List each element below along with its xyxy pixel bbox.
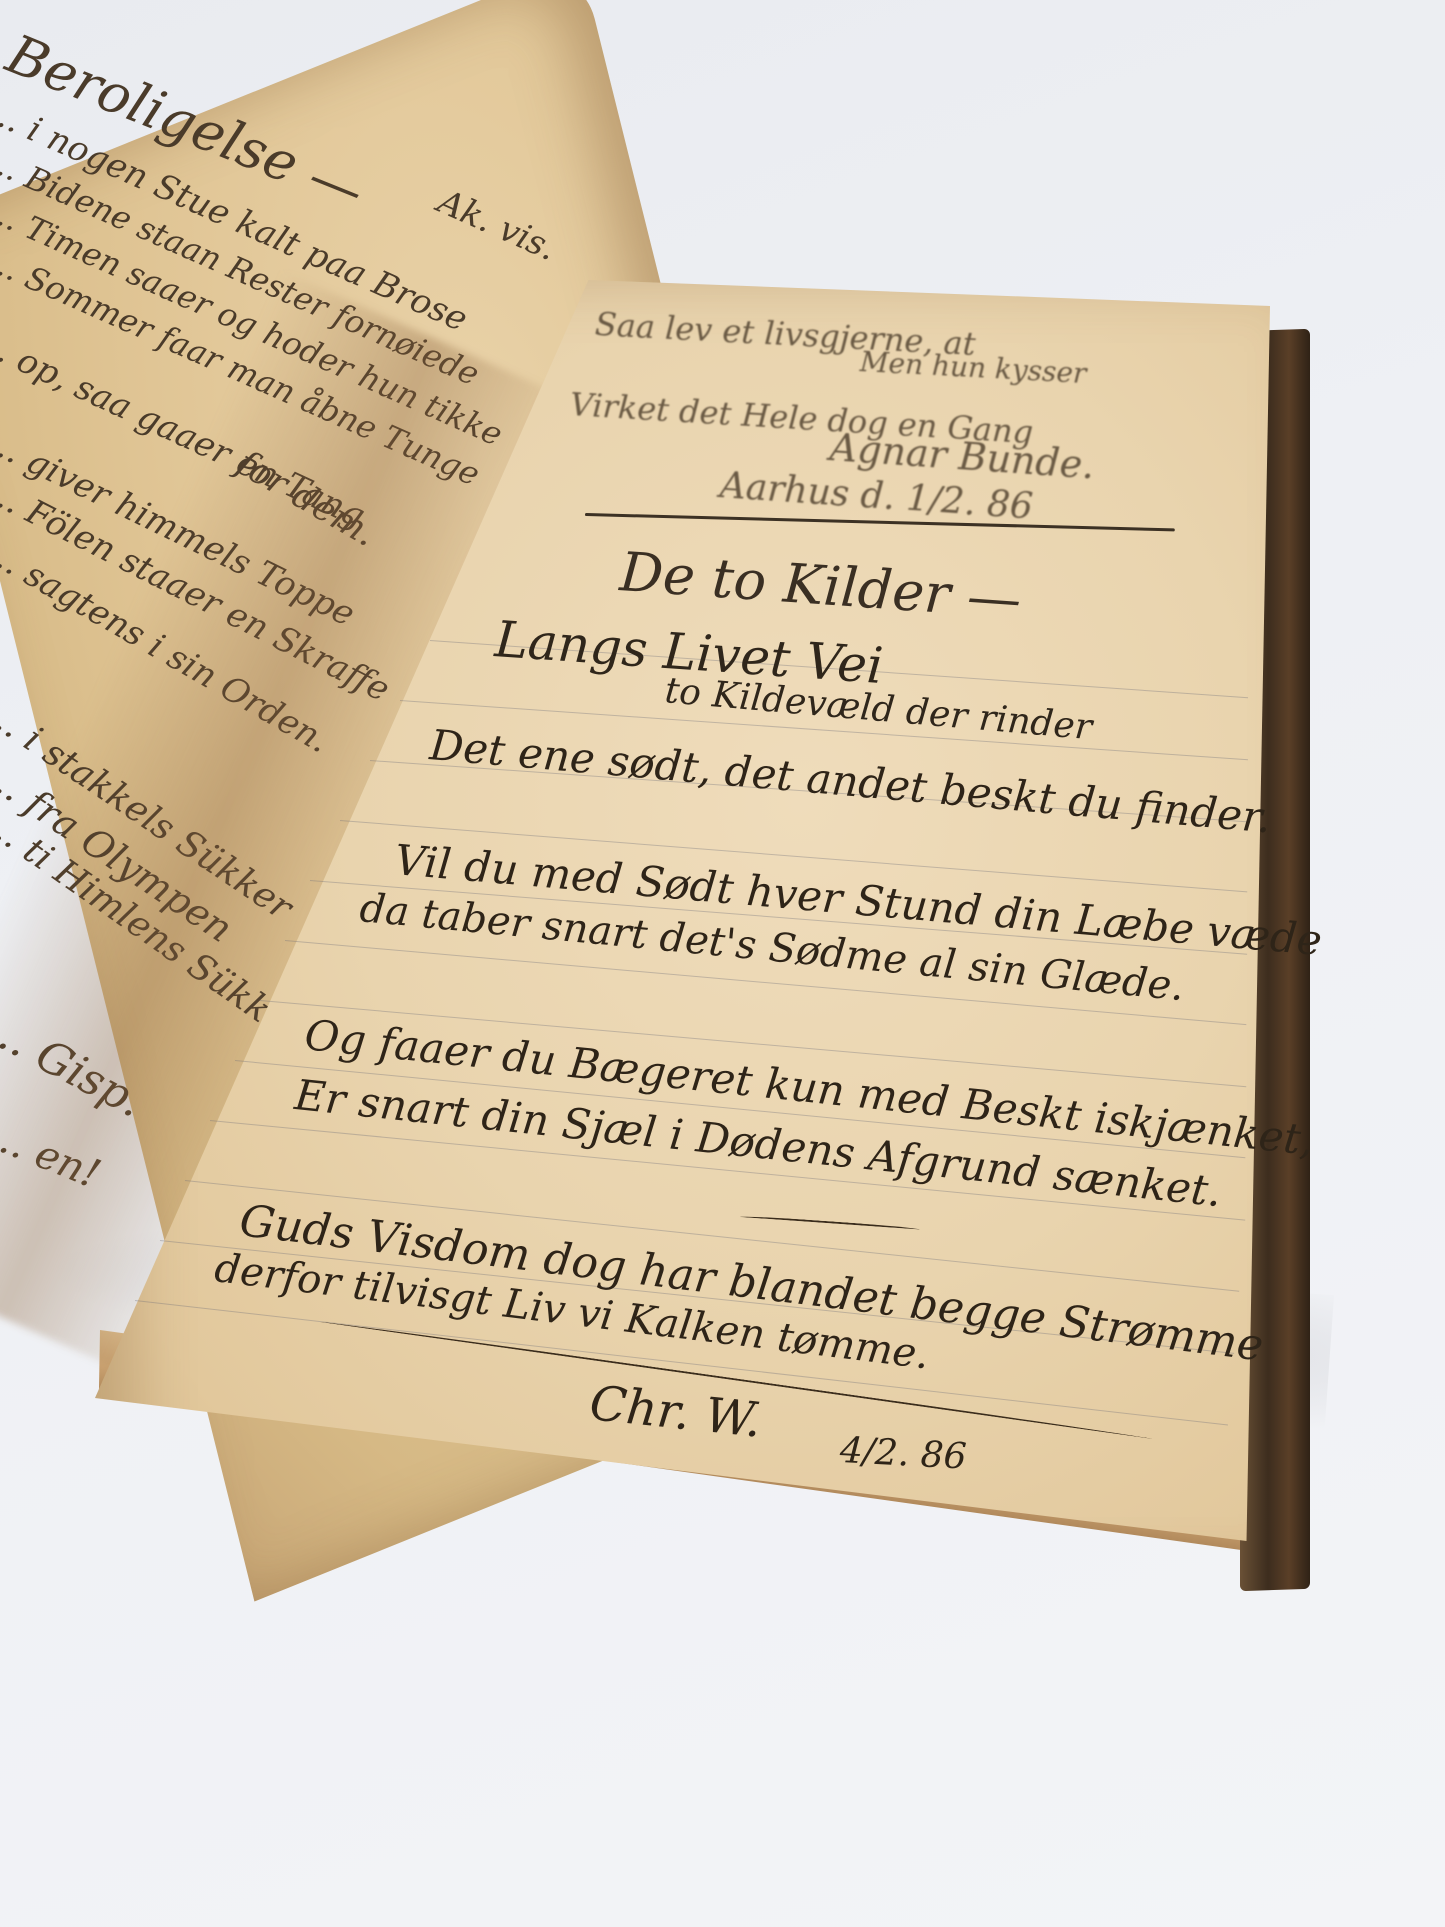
signature-date: 4/2. 86	[839, 1430, 968, 1478]
notebook-photo: Beroligelse — Ak. vis. ... i nogen Stue …	[0, 0, 1445, 1927]
